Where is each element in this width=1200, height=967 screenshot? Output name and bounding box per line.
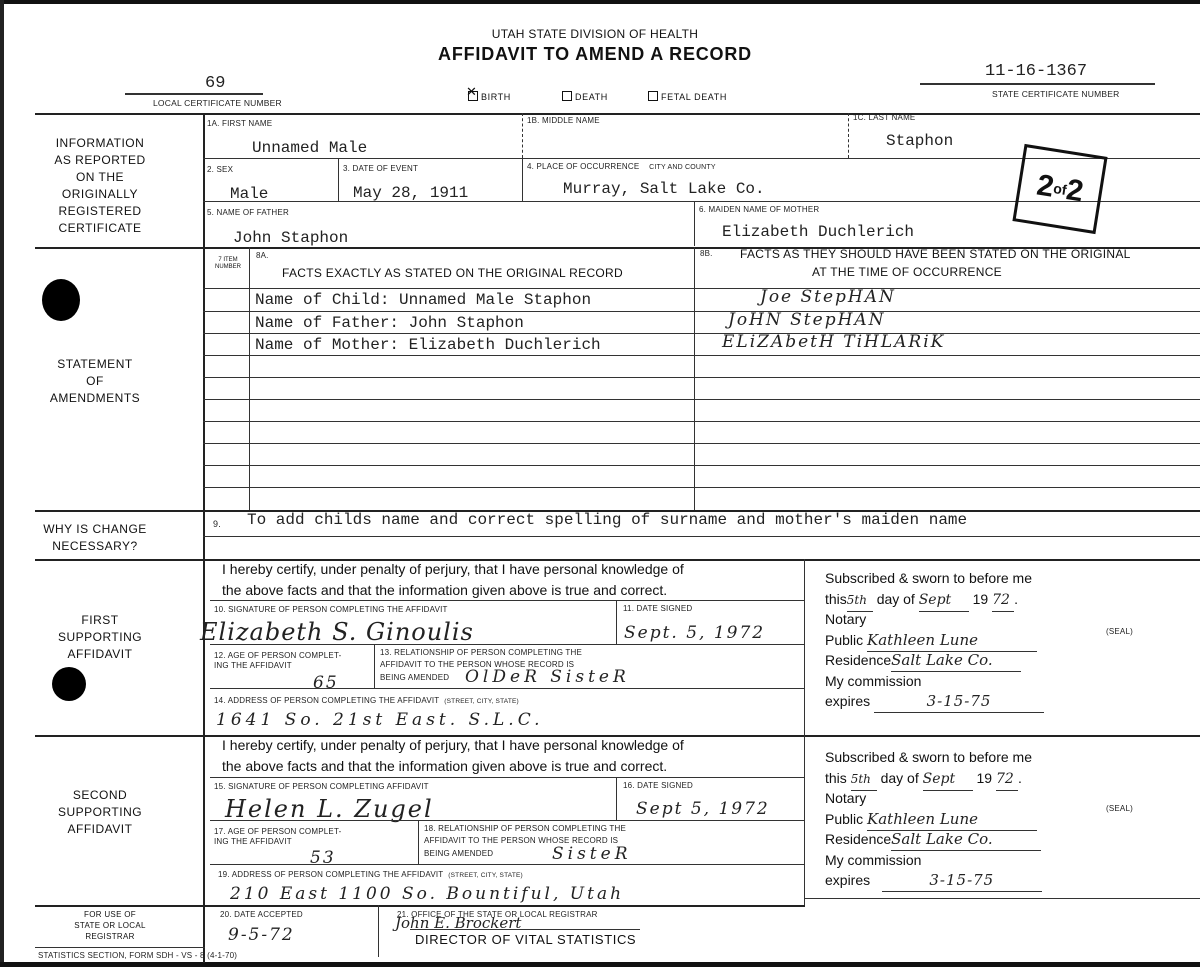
grid-line xyxy=(35,905,805,907)
grid-line xyxy=(848,113,849,158)
father-name-label: 5. NAME OF FATHER xyxy=(207,208,289,217)
age-label-cont: ING THE AFFIDAVIT xyxy=(214,661,292,670)
certify-statement: I hereby certify, under penalty of perju… xyxy=(222,559,684,580)
section-label-amendments: STATEMENTOFAMENDMENTS xyxy=(35,356,155,407)
certify-statement: the above facts and that the information… xyxy=(222,580,667,601)
col-8b-subtitle: AT THE TIME OF OCCURRENCE xyxy=(812,265,1002,279)
notary-expires-line: expires 3-15-75 xyxy=(825,691,1044,713)
grid-line xyxy=(203,113,205,963)
scan-bottom-edge xyxy=(0,962,1200,967)
grid-line xyxy=(203,536,1200,537)
grid-line xyxy=(35,947,205,948)
reason-number: 9. xyxy=(213,519,221,529)
notary-residence-line: ResidenceSalt Lake Co. xyxy=(825,829,1041,851)
signature-value: Helen L. Zugel xyxy=(225,795,434,823)
notary-public-line: Public Kathleen Lune xyxy=(825,809,1037,831)
amendment-row-corrected: ELiZAbetH TiHLARiK xyxy=(722,332,945,352)
section-label-reason: WHY IS CHANGE NECESSARY? xyxy=(40,521,150,555)
registrar-sig-underline xyxy=(410,929,640,930)
address-value: 1641 So. 21st East. S.L.C. xyxy=(216,710,544,730)
page-count-stamp: 2of2 xyxy=(1012,144,1107,234)
notary-commission: My commission xyxy=(825,850,921,871)
grid-line xyxy=(210,777,804,778)
grid-line xyxy=(805,898,1200,899)
grid-line xyxy=(522,113,523,158)
grid-line xyxy=(203,377,1200,378)
notary-commission: My commission xyxy=(825,671,921,692)
grid-line xyxy=(210,644,804,645)
grid-line xyxy=(210,688,804,689)
notary-expires-line: expires 3-15-75 xyxy=(825,870,1042,892)
signature-value: Elizabeth S. Ginoulis xyxy=(200,618,474,646)
notary-sworn: Subscribed & sworn to before me xyxy=(825,568,1032,589)
grid-line xyxy=(203,443,1200,444)
col-8a-number: 8A. xyxy=(256,251,269,260)
father-name-value: John Staphon xyxy=(233,229,348,247)
scan-left-edge xyxy=(0,0,4,967)
grid-line xyxy=(249,247,250,510)
checkbox-death-label: DEATH xyxy=(575,92,608,102)
middle-name-label: 1B. MIDDLE NAME xyxy=(527,116,600,125)
section-label-second-affidavit: SECONDSUPPORTINGAFFIDAVIT xyxy=(40,787,160,838)
col-8b-number: 8B. xyxy=(700,249,713,258)
amendment-row-original: Name of Child: Unnamed Male Staphon xyxy=(255,291,591,309)
address-label: 14. ADDRESS OF PERSON COMPLETING THE AFF… xyxy=(214,696,519,705)
grid-line xyxy=(203,465,1200,466)
grid-line xyxy=(203,311,1200,312)
relationship-label-cont: BEING AMENDED xyxy=(424,849,493,858)
age-label: 17. AGE OF PERSON COMPLET- xyxy=(214,827,341,836)
mother-name-value: Elizabeth Duchlerich xyxy=(722,223,914,241)
grid-line xyxy=(616,777,617,820)
date-of-event-value: May 28, 1911 xyxy=(353,184,468,202)
sex-label: 2. SEX xyxy=(207,165,233,174)
local-certificate-number: 69 xyxy=(205,74,225,93)
grid-line xyxy=(203,333,1200,334)
col-8a-title: FACTS EXACTLY AS STATED ON THE ORIGINAL … xyxy=(282,266,623,280)
notary-label: Notary xyxy=(825,609,866,630)
state-certificate-label: STATE CERTIFICATE NUMBER xyxy=(992,89,1119,99)
notary-residence-line: ResidenceSalt Lake Co. xyxy=(825,650,1021,672)
grid-line xyxy=(522,158,523,201)
registrar-title: DIRECTOR OF VITAL STATISTICS xyxy=(415,932,636,947)
grid-line xyxy=(616,600,617,644)
grid-line xyxy=(338,158,339,201)
local-cert-underline xyxy=(125,93,263,95)
date-of-event-label: 3. DATE OF EVENT xyxy=(343,164,418,173)
relationship-label: 18. RELATIONSHIP OF PERSON COMPLETING TH… xyxy=(424,824,626,833)
date-signed-value: Sept. 5, 1972 xyxy=(624,623,765,643)
relationship-label: 13. RELATIONSHIP OF PERSON COMPLETING TH… xyxy=(380,648,582,657)
amendment-row-corrected: Joe StepHAN xyxy=(760,287,896,307)
date-accepted-value: 9-5-72 xyxy=(228,925,295,945)
grid-line xyxy=(203,288,1200,289)
age-label: 12. AGE OF PERSON COMPLET- xyxy=(214,651,341,660)
grid-line xyxy=(804,559,805,735)
item-number-label: 7 ITEM NUMBER xyxy=(213,257,243,271)
checkbox-birth-label: BIRTH xyxy=(481,92,511,102)
mother-name-label: 6. MAIDEN NAME OF MOTHER xyxy=(699,205,819,214)
last-name-label: 1C. LAST NAME xyxy=(853,113,915,122)
section-label-original-info: INFORMATIONAS REPORTEDON THEORIGINALLYRE… xyxy=(40,135,160,237)
age-label-cont: ING THE AFFIDAVIT xyxy=(214,837,292,846)
date-accepted-label: 20. DATE ACCEPTED xyxy=(220,910,303,919)
local-certificate-label: LOCAL CERTIFICATE NUMBER xyxy=(153,98,282,108)
date-signed-label: 16. DATE SIGNED xyxy=(623,781,693,790)
checkbox-checked-icon xyxy=(468,91,478,101)
binder-hole-icon xyxy=(52,667,86,701)
grid-line xyxy=(210,600,804,601)
relationship-label-cont: BEING AMENDED xyxy=(380,673,449,682)
grid-line xyxy=(203,355,1200,356)
grid-line xyxy=(210,820,804,821)
grid-line xyxy=(694,247,695,510)
grid-line xyxy=(203,487,1200,488)
grid-line xyxy=(374,644,375,688)
checkbox-empty-icon xyxy=(648,91,658,101)
certify-statement: I hereby certify, under penalty of perju… xyxy=(222,735,684,756)
notary-sworn: Subscribed & sworn to before me xyxy=(825,747,1032,768)
section-label-registrar: FOR USE OFSTATE OR LOCALREGISTRAR xyxy=(60,909,160,942)
amendment-row-corrected: JoHN StepHAN xyxy=(728,310,886,330)
last-name-value: Staphon xyxy=(886,132,953,150)
signature-label: 10. SIGNATURE OF PERSON COMPLETING THE A… xyxy=(214,605,448,614)
seal-label: (SEAL) xyxy=(1106,627,1133,636)
address-label: 19. ADDRESS OF PERSON COMPLETING THE AFF… xyxy=(218,870,523,879)
date-signed-value: Sept 5, 1972 xyxy=(636,799,770,819)
relationship-value: SisteR xyxy=(552,844,632,864)
age-value: 53 xyxy=(310,848,336,868)
reason-text: To add childs name and correct spelling … xyxy=(247,511,967,529)
first-name-value: Unnamed Male xyxy=(252,139,367,157)
grid-line xyxy=(210,864,804,865)
grid-line xyxy=(418,820,419,864)
grid-line xyxy=(378,905,379,957)
signature-label: 15. SIGNATURE OF PERSON COMPLETING AFFID… xyxy=(214,782,429,791)
checkbox-empty-icon xyxy=(562,91,572,101)
grid-line xyxy=(35,113,1200,115)
state-certificate-number: 11-16-1367 xyxy=(985,62,1087,81)
binder-hole-icon xyxy=(42,279,80,321)
place-label: 4. PLACE OF OCCURRENCE CITY AND COUNTY xyxy=(527,162,716,171)
address-value: 210 East 1100 So. Bountiful, Utah xyxy=(230,884,624,904)
state-cert-underline xyxy=(920,83,1155,85)
relationship-value: OlDeR SisteR xyxy=(465,667,630,687)
date-signed-label: 11. DATE SIGNED xyxy=(623,604,692,613)
seal-label: (SEAL) xyxy=(1106,804,1133,813)
col-8b-title: FACTS AS THEY SHOULD HAVE BEEN STATED ON… xyxy=(740,247,1131,261)
notary-label: Notary xyxy=(825,788,866,809)
notary-public-line: Public Kathleen Lune xyxy=(825,630,1037,652)
age-value: 65 xyxy=(313,673,339,693)
certify-statement: the above facts and that the information… xyxy=(222,756,667,777)
first-name-label: 1A. FIRST NAME xyxy=(207,119,272,128)
place-value: Murray, Salt Lake Co. xyxy=(563,180,765,198)
agency-name: UTAH STATE DIVISION OF HEALTH xyxy=(0,27,1190,41)
grid-line xyxy=(203,399,1200,400)
grid-line xyxy=(694,201,695,246)
checkbox-birth[interactable]: BIRTH xyxy=(468,91,511,102)
grid-line xyxy=(804,735,805,905)
checkbox-fetal-death-label: FETAL DEATH xyxy=(661,92,727,102)
section-label-first-affidavit: FIRSTSUPPORTINGAFFIDAVIT xyxy=(40,612,160,663)
grid-line xyxy=(203,421,1200,422)
scan-top-edge xyxy=(0,0,1200,4)
form-identifier: STATISTICS SECTION, FORM SDH - VS - 8 (4… xyxy=(38,951,237,960)
amendment-row-original: Name of Father: John Staphon xyxy=(255,314,524,332)
checkbox-death[interactable]: DEATH xyxy=(562,91,608,102)
amendment-row-original: Name of Mother: Elizabeth Duchlerich xyxy=(255,336,601,354)
checkbox-fetal-death[interactable]: FETAL DEATH xyxy=(648,91,727,102)
